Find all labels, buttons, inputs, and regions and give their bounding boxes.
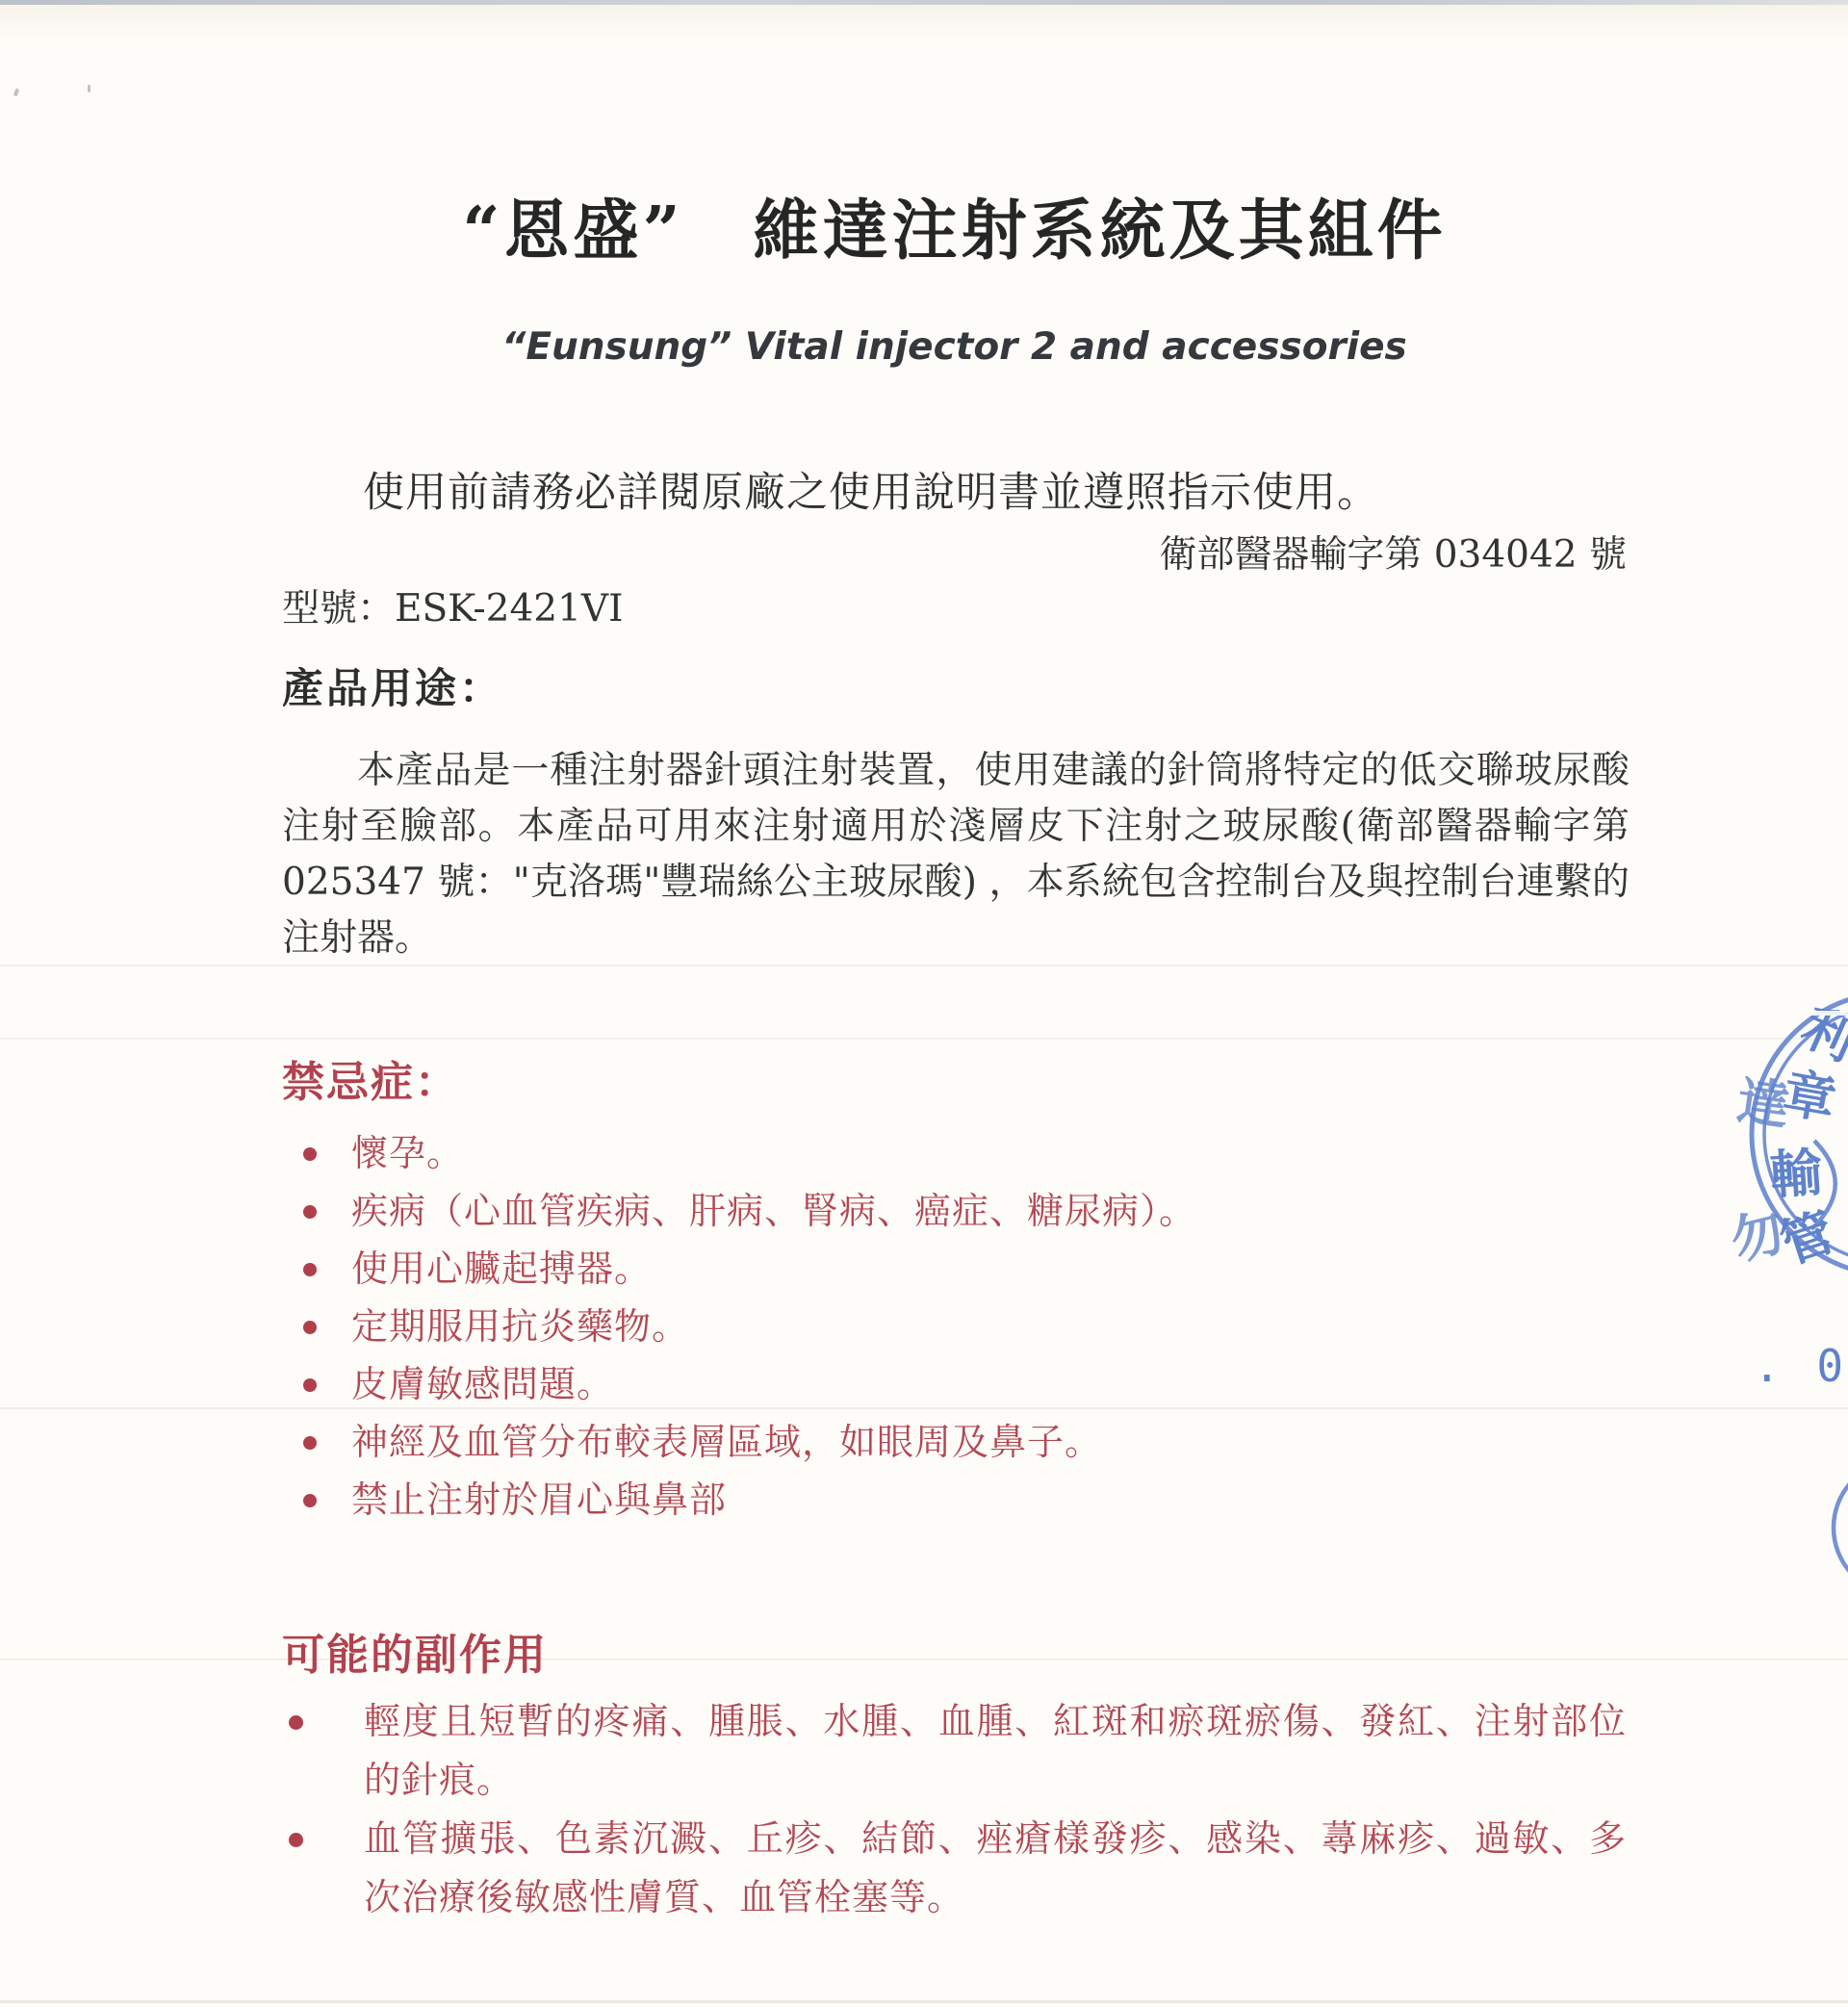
contraindications-heading: 禁忌症： — [282, 1047, 1627, 1109]
scan-speck — [13, 89, 19, 97]
stamp-char: 利 — [1793, 995, 1848, 1072]
contraindication-item: 禁止注射於眉心與鼻部 — [282, 1471, 1627, 1529]
scanned-document-page: “恩盛” 維達注射系統及其組件 “Eunsung” Vital injector… — [0, 0, 1848, 2007]
contraindication-item: 神經及血管分布較表層區域，如眼周及鼻子。 — [282, 1413, 1627, 1471]
contraindication-item: 懷孕。 — [282, 1124, 1627, 1182]
document-title: “恩盛” 維達注射系統及其組件 — [282, 179, 1627, 272]
usage-notice: 使用前請務必詳閱原廠之使用說明書並遵照指示使用。 — [363, 460, 1379, 519]
side-effect-item: 輕度且短暫的疼痛、腫脹、水腫、血腫、紅斑和瘀斑瘀傷、發紅、注射部位的針痕。 — [282, 1692, 1627, 1810]
contraindications-list: 懷孕。 疾病（心血管疾病、肝病、腎病、癌症、糖尿病）。 使用心臟起搏器。 定期服… — [282, 1124, 1627, 1529]
scan-artifact-line — [0, 1038, 1848, 1040]
stamp-date-number: . 05 — [1754, 1340, 1848, 1392]
stamp-char: 達 — [1733, 1069, 1793, 1138]
document-subtitle: “Eunsung” Vital injector 2 and accessori… — [282, 325, 1627, 369]
contraindication-item: 皮膚敏感問題。 — [282, 1355, 1627, 1413]
import-seal-stamp: 利 章 輸 管 達 勿 — [1694, 939, 1848, 1632]
contraindication-item: 疾病（心血管疾病、肝病、腎病、癌症、糖尿病）。 — [282, 1182, 1627, 1240]
scan-speck — [88, 85, 90, 92]
usage-section-heading: 產品用途： — [282, 656, 1627, 715]
contraindication-item: 定期服用抗炎藥物。 — [282, 1298, 1627, 1355]
side-effect-item: 血管擴張、色素沉澱、丘疹、結節、痤瘡樣發疹、感染、蕁麻疹、過敏、多次治療後敏感性… — [282, 1810, 1627, 1927]
contraindication-item: 使用心臟起搏器。 — [282, 1240, 1627, 1298]
side-effects-heading: 可能的副作用 — [282, 1620, 1627, 1682]
stamp-char: 輸 — [1768, 1141, 1824, 1206]
stamp-char: 勿 — [1725, 1199, 1790, 1272]
side-effects-list: 輕度且短暫的疼痛、腫脹、水腫、血腫、紅斑和瘀斑瘀傷、發紅、注射部位的針痕。 血管… — [282, 1692, 1627, 1927]
scan-top-tint — [0, 5, 1848, 41]
model-number: 型號：ESK-2421VI — [282, 579, 1627, 632]
scan-artifact-line — [0, 2000, 1848, 2003]
license-number: 衛部醫器輸字第 034042 號 — [282, 525, 1627, 579]
usage-paragraph: 本產品是一種注射器針頭注射裝置，使用建議的針筒將特定的低交聯玻尿酸注射至臉部。本… — [282, 743, 1630, 966]
scan-crease — [1675, 1011, 1848, 1016]
